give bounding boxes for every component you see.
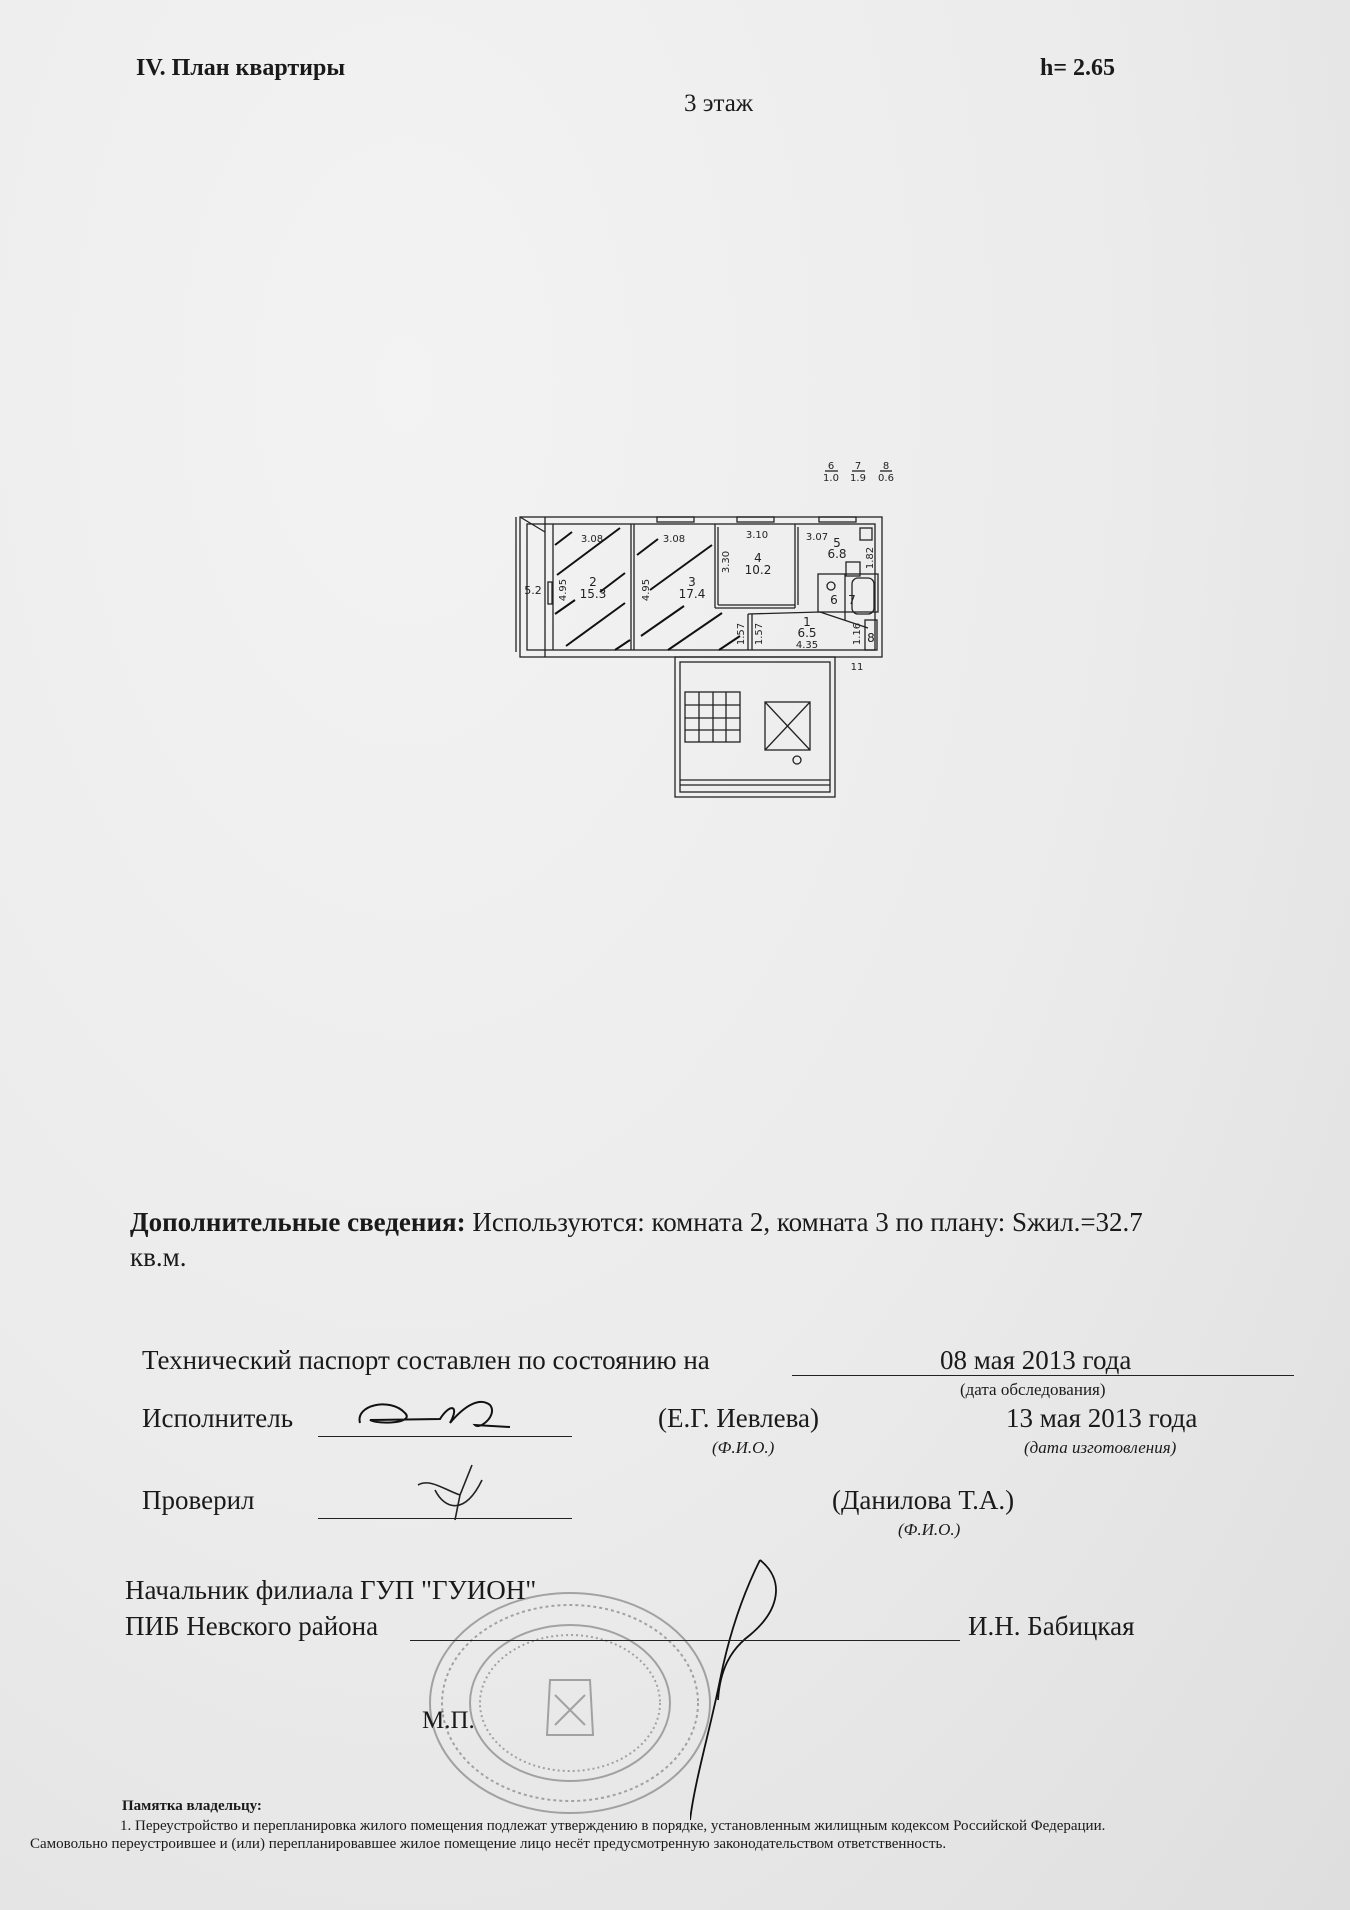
room5-length: 1.82 [865, 547, 876, 569]
checker-name: (Данилова Т.А.) [832, 1485, 1014, 1516]
legend-room-8: 8 [883, 461, 889, 472]
room7-number: 7 [848, 593, 856, 607]
room2-area: 15.3 [580, 587, 607, 601]
floor-label: 3 этаж [684, 90, 753, 118]
executor-label: Исполнитель [142, 1403, 293, 1434]
survey-date-caption: (дата обследования) [960, 1380, 1106, 1400]
head-title-line1: Начальник филиала ГУП "ГУИОН" [125, 1575, 536, 1606]
legend-room-7: 7 [855, 461, 861, 472]
checker-label: Проверил [142, 1485, 255, 1516]
room3-area: 17.4 [679, 587, 706, 601]
additional-info: Дополнительные сведения: Используются: к… [130, 1207, 1143, 1238]
room3-width: 3.08 [663, 534, 685, 545]
stamp-place: М.П. [422, 1707, 475, 1735]
memo-line2: Самовольно переустроившее и (или) перепл… [30, 1836, 946, 1853]
head-signature [690, 1550, 800, 1830]
additional-info-text: Используются: комната 2, комната 3 по пл… [466, 1207, 1143, 1237]
room1-area: 6.5 [797, 626, 816, 640]
production-date-caption: (дата изготовления) [1024, 1438, 1176, 1458]
room8-number: 8 [867, 631, 875, 645]
legend-area-8: 0.6 [878, 473, 894, 484]
room6-number: 6 [830, 593, 838, 607]
passport-state-label: Технический паспорт составлен по состоян… [142, 1345, 710, 1376]
production-date: 13 мая 2013 года [1006, 1403, 1197, 1434]
corridor-dim-c: 1.16 [852, 623, 863, 645]
floor-plan: 6 1.0 7 1.9 8 0.6 3.08 2 15.3 3.08 3 17.… [500, 440, 960, 800]
executor-signature [350, 1395, 525, 1437]
legend-room-6: 6 [828, 461, 834, 472]
additional-info-cont: кв.м. [130, 1242, 186, 1273]
room2-length: 4.95 [558, 579, 569, 601]
room5-width: 3.07 [806, 532, 828, 543]
room4-length: 3.30 [721, 551, 732, 573]
legend-area-6: 1.0 [823, 473, 839, 484]
memo-title: Памятка владельцу: [122, 1798, 262, 1815]
corridor-dim-a: 1.57 [736, 623, 747, 645]
survey-date: 08 мая 2013 года [940, 1345, 1131, 1376]
room2-width: 3.08 [581, 534, 603, 545]
checker-caption: (Ф.И.О.) [898, 1520, 960, 1540]
checker-signature [410, 1460, 500, 1525]
balcony-length: 5.2 [524, 584, 542, 597]
memo-line1: 1. Переустройство и перепланировка жилог… [120, 1818, 1105, 1835]
corridor-dim-b: 1.57 [754, 623, 765, 645]
section-title: IV. План квартиры [136, 55, 345, 82]
legend-area-7: 1.9 [850, 473, 866, 484]
ceiling-height: h= 2.65 [1040, 55, 1115, 82]
room1-width: 4.35 [796, 640, 818, 651]
room4-area: 10.2 [745, 563, 772, 577]
room3-length: 4.95 [641, 579, 652, 601]
room4-width: 3.10 [746, 530, 768, 541]
head-name: И.Н. Бабицкая [968, 1611, 1134, 1642]
room11-number: 11 [851, 662, 864, 673]
executor-caption: (Ф.И.О.) [712, 1438, 774, 1458]
official-stamp [415, 1585, 725, 1815]
additional-info-label: Дополнительные сведения: [130, 1207, 466, 1237]
head-title-line2: ПИБ Невского района [125, 1611, 378, 1642]
executor-name: (Е.Г. Иевлева) [658, 1403, 819, 1434]
room5-area: 6.8 [827, 547, 846, 561]
